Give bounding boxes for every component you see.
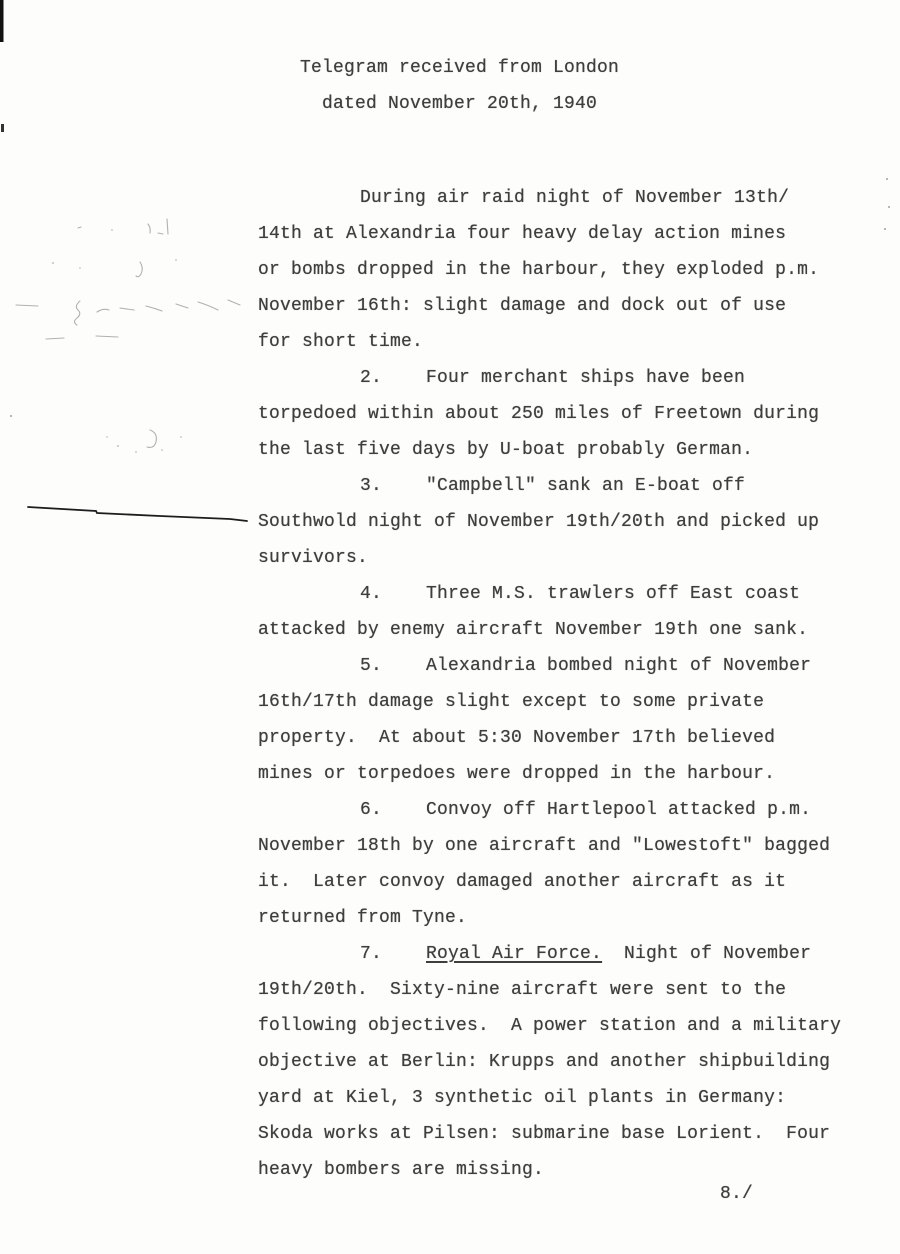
body-line: 3. "Campbell" sank an E-boat off <box>360 468 858 504</box>
body-line: it. Later convoy damaged another aircraf… <box>258 864 858 900</box>
body-line: or bombs dropped in the harbour, they ex… <box>258 252 858 288</box>
body-line: Skoda works at Pilsen: submarine base Lo… <box>258 1116 858 1152</box>
diagonal-pen-line <box>28 507 247 521</box>
body-line: 7. Royal Air Force. Night of November <box>360 936 858 972</box>
body-line: for short time. <box>258 324 858 360</box>
telegram-date-line: dated November 20th, 1940 <box>322 94 597 114</box>
body-line: Southwold night of November 19th/20th an… <box>258 504 858 540</box>
body-line: November 16th: slight damage and dock ou… <box>258 288 858 324</box>
body-line: 2. Four merchant ships have been <box>360 360 858 396</box>
body-line: property. At about 5:30 November 17th be… <box>258 720 858 756</box>
body-line: 4. Three M.S. trawlers off East coast <box>360 576 858 612</box>
body-line: following objectives. A power station an… <box>258 1008 858 1044</box>
body-line: 14th at Alexandria four heavy delay acti… <box>258 216 858 252</box>
body-line: During air raid night of November 13th/ <box>360 180 858 216</box>
body-line: heavy bombers are missing. <box>258 1152 858 1188</box>
body-line: 6. Convoy off Hartlepool attacked p.m. <box>360 792 858 828</box>
telegram-page: Telegram received from London dated Nove… <box>0 0 900 1254</box>
telegram-body: During air raid night of November 13th/1… <box>258 180 858 1188</box>
body-line: 16th/17th damage slight except to some p… <box>258 684 858 720</box>
body-line: mines or torpedoes were dropped in the h… <box>258 756 858 792</box>
body-line: 5. Alexandria bombed night of November <box>360 648 858 684</box>
body-line: attacked by enemy aircraft November 19th… <box>258 612 858 648</box>
body-line: 19th/20th. Sixty-nine aircraft were sent… <box>258 972 858 1008</box>
body-line: the last five days by U-boat probably Ge… <box>258 432 858 468</box>
body-line: objective at Berlin: Krupps and another … <box>258 1044 858 1080</box>
scan-edge-black-bar <box>0 0 4 132</box>
underlined-phrase: Royal Air Force. <box>426 944 602 964</box>
body-line: torpedoed within about 250 miles of Free… <box>258 396 858 432</box>
page-number: 8./ <box>720 1184 753 1204</box>
illegible-pencil-marginalia <box>16 219 240 453</box>
body-line: November 18th by one aircraft and "Lowes… <box>258 828 858 864</box>
body-line: survivors. <box>258 540 858 576</box>
body-line: returned from Tyne. <box>258 900 858 936</box>
telegram-title-line1: Telegram received from London <box>300 58 619 78</box>
body-line: yard at Kiel, 3 synthetic oil plants in … <box>258 1080 858 1116</box>
